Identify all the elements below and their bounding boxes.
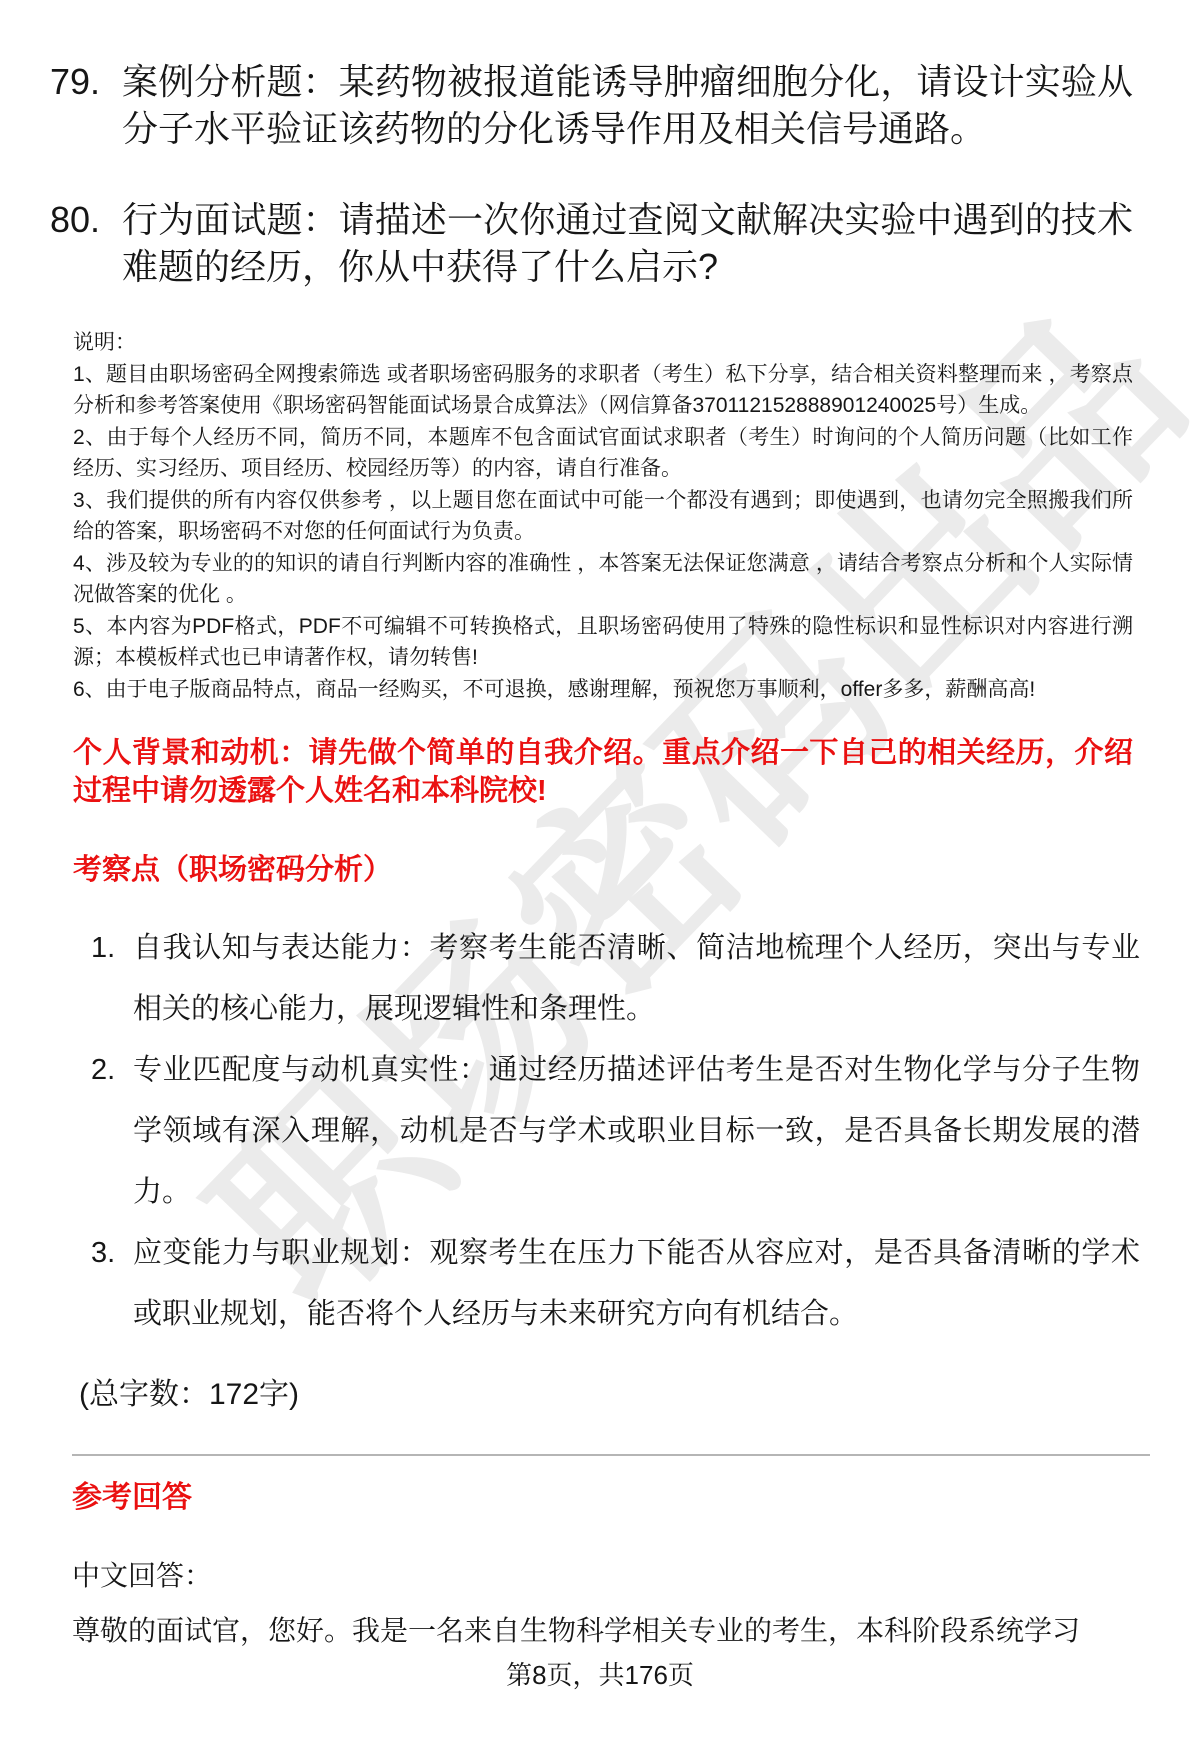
notes-label: 说明： <box>73 327 1133 359</box>
question-list: 79. 案例分析题：某药物被报道能诱导肿瘤细胞分化，请设计实验从分子水平验证该药… <box>0 0 1200 290</box>
analysis-text: 专业匹配度与动机真实性：通过经历描述评估考生是否对生物化学与分子生物学领域有深入… <box>133 1054 1140 1208</box>
analysis-number: 2. <box>91 1040 115 1101</box>
reference-answer-heading: 参考回答 <box>72 1478 1200 1518</box>
analysis-item: 1. 自我认知与表达能力：考察考生能否清晰、简洁地梳理个人经历，突出与专业相关的… <box>0 918 1140 1040</box>
answer-paragraph: 尊敬的面试官，您好。我是一名来自生物科学相关专业的考生，本科阶段系统学习 <box>72 1611 1133 1651</box>
question-item-80: 80. 行为面试题：请描述一次你通过查阅文献解决实验中遇到的技术难题的经历，你从… <box>0 196 1133 290</box>
word-count: (总字数：172字) <box>79 1373 1200 1417</box>
question-number: 79. <box>50 58 100 105</box>
answer-language-label: 中文回答： <box>72 1556 1200 1596</box>
analysis-number: 1. <box>91 918 115 979</box>
question-text: 案例分析题：某药物被报道能诱导肿瘤细胞分化，请设计实验从分子水平验证该药物的分化… <box>122 61 1133 149</box>
analysis-list: 1. 自我认知与表达能力：考察考生能否清晰、简洁地梳理个人经历，突出与专业相关的… <box>0 918 1140 1345</box>
analysis-item: 2. 专业匹配度与动机真实性：通过经历描述评估考生是否对生物化学与分子生物学领域… <box>0 1040 1140 1223</box>
analysis-heading: 考察点（职场密码分析） <box>73 851 1200 889</box>
page: { "page": { "watermark_text": "职场密码出品", … <box>0 0 1200 1755</box>
question-text: 行为面试题：请描述一次你通过查阅文献解决实验中遇到的技术难题的经历，你从中获得了… <box>122 199 1133 287</box>
note-item: 5、本内容为PDF格式，PDF不可编辑不可转换格式，且职场密码使用了特殊的隐性标… <box>73 611 1133 674</box>
question-item-79: 79. 案例分析题：某药物被报道能诱导肿瘤细胞分化，请设计实验从分子水平验证该药… <box>0 58 1133 152</box>
background-motivation-prompt: 个人背景和动机：请先做个简单的自我介绍。重点介绍一下自己的相关经历，介绍过程中请… <box>73 734 1133 810</box>
note-item: 2、由于每个人经历不同，简历不同，本题库不包含面试官面试求职者（考生）时询问的个… <box>73 422 1133 485</box>
analysis-text: 自我认知与表达能力：考察考生能否清晰、简洁地梳理个人经历，突出与专业相关的核心能… <box>133 932 1140 1025</box>
analysis-text: 应变能力与职业规划：观察考生在压力下能否从容应对，是否具备清晰的学术或职业规划，… <box>133 1237 1140 1330</box>
note-item: 4、涉及较为专业的的知识的请自行判断内容的准确性 ，本答案无法保证您满意 ，请结… <box>73 548 1133 611</box>
document-content: 79. 案例分析题：某药物被报道能诱导肿瘤细胞分化，请设计实验从分子水平验证该药… <box>0 0 1200 1693</box>
section-divider <box>72 1454 1150 1456</box>
analysis-item: 3. 应变能力与职业规划：观察考生在压力下能否从容应对，是否具备清晰的学术或职业… <box>0 1223 1140 1345</box>
analysis-number: 3. <box>91 1223 115 1284</box>
page-footer: 第8页，共176页 <box>0 1657 1200 1693</box>
note-item: 3、我们提供的所有内容仅供参考 ，以上题目您在面试中可能一个都没有遇到；即使遇到… <box>73 485 1133 548</box>
notes-section: 说明： 1、题目由职场密码全网搜索筛选 或者职场密码服务的求职者（考生）私下分享… <box>73 327 1133 705</box>
note-item: 1、题目由职场密码全网搜索筛选 或者职场密码服务的求职者（考生）私下分享，结合相… <box>73 359 1133 422</box>
note-item: 6、由于电子版商品特点，商品一经购买，不可退换，感谢理解，预祝您万事顺利，off… <box>73 674 1133 706</box>
question-number: 80. <box>50 196 100 243</box>
